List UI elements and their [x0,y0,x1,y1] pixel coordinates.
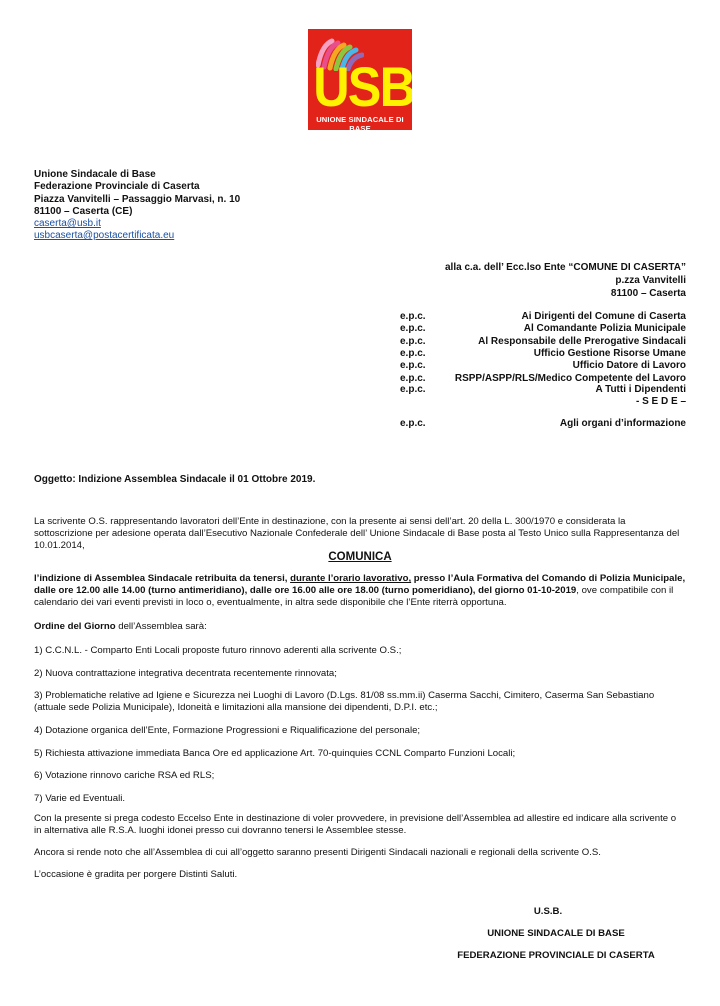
logo-subtitle: UNIONE SINDACALE DI BASE [308,115,412,130]
epc-row: e.p.c. Al Responsabile delle Prerogative… [400,336,686,348]
recipient-city: 81100 – Caserta [445,287,686,300]
agenda-item: 4) Dotazione organica dell’Ente, Formazi… [34,725,686,737]
epc-label: e.p.c. [400,418,426,429]
logo-text: USB [313,59,407,115]
signature-line-1: U.S.B. [438,906,658,917]
epc-recipient: Ufficio Gestione Risorse Umane [534,348,686,359]
recipient-street: p.zza Vanvitelli [445,274,686,287]
signature-line-2: UNIONE SINDACALE DI BASE [446,928,666,939]
agenda-item: 1) C.C.N.L. - Comparto Enti Locali propo… [34,645,686,657]
epc-row: e.p.c. Al Comandante Polizia Municipale [400,323,686,335]
epc-recipient: Agli organi d’informazione [560,418,686,429]
agenda-title-bold: Ordine del Giorno [34,621,116,632]
sender-block: Unione Sindacale di Base Federazione Pro… [34,169,240,243]
epc-label: e.p.c. [400,360,426,371]
email-link-1[interactable]: caserta@usb.it [34,218,240,230]
epc-recipient: RSPP/ASPP/RLS/Medico Competente del Lavo… [455,373,686,384]
agenda-item: 7) Varie ed Eventuali. [34,793,686,805]
closing-paragraph: L’occasione è gradita per porgere Distin… [34,869,686,881]
announcement-paragraph: l’indizione di Assemblea Sindacale retri… [34,573,686,610]
agenda-title: Ordine del Giorno dell’Assemblea sarà: [34,621,686,633]
agenda-item: 3) Problematiche relative ad Igiene e Si… [34,690,686,714]
sender-city: 81100 – Caserta (CE) [34,206,240,218]
agenda-item: 5) Richiesta attivazione immediata Banca… [34,748,686,760]
recipient-name: alla c.a. dell’ Ecc.lso Ente “COMUNE DI … [445,261,686,274]
sender-federation: Federazione Provinciale di Caserta [34,181,240,193]
epc-label: e.p.c. [400,348,426,359]
epc-row: e.p.c. Ai Dirigenti del Comune di Casert… [400,311,686,323]
intro-paragraph: La scrivente O.S. rappresentando lavorat… [34,516,686,553]
epc-label: e.p.c. [400,373,426,384]
epc-label: e.p.c. [400,384,426,395]
announcement-part-1: l’indizione di Assemblea Sindacale retri… [34,573,290,584]
usb-logo: USB UNIONE SINDACALE DI BASE [308,29,412,130]
epc-label: e.p.c. [400,311,426,322]
sede-row: - S E D E – [400,396,686,408]
sender-name: Unione Sindacale di Base [34,169,240,181]
epc-row: e.p.c. Ufficio Datore di Lavoro [400,360,686,372]
epc-label: e.p.c. [400,336,426,347]
agenda-item: 2) Nuova contrattazione integrativa dece… [34,668,686,680]
epc-recipient: Al Responsabile delle Prerogative Sindac… [478,336,686,347]
epc-row: e.p.c. Ufficio Gestione Risorse Umane [400,348,686,360]
recipient-block: alla c.a. dell’ Ecc.lso Ente “COMUNE DI … [445,261,686,300]
epc-row: e.p.c. Agli organi d’informazione [400,418,686,430]
epc-recipient: A Tutti i Dipendenti [595,384,686,395]
email-link-2[interactable]: usbcaserta@postacertificata.eu [34,230,240,242]
agenda-item: 6) Votazione rinnovo cariche RSA ed RLS; [34,770,686,782]
sender-address: Piazza Vanvitelli – Passaggio Marvasi, n… [34,194,240,206]
epc-label: e.p.c. [400,323,426,334]
epc-recipient: Ai Dirigenti del Comune di Caserta [522,311,686,322]
epc-recipient: Al Comandante Polizia Municipale [524,323,686,334]
subject-line: Oggetto: Indizione Assemblea Sindacale i… [34,474,686,486]
signature-line-3: FEDERAZIONE PROVINCIALE DI CASERTA [426,950,686,961]
sede-label: - S E D E – [636,396,686,407]
epc-recipient: Ufficio Datore di Lavoro [573,360,686,371]
closing-paragraph: Ancora si rende noto che all’Assemblea d… [34,847,686,859]
closing-paragraph: Con la presente si prega codesto Eccelso… [34,813,686,837]
epc-row: e.p.c. A Tutti i Dipendenti [400,384,686,396]
comunica-heading: COMUNICA [34,551,686,563]
agenda-title-rest: dell’Assemblea sarà: [116,621,207,632]
announcement-part-2: durante l’orario lavorativo, [290,573,411,584]
